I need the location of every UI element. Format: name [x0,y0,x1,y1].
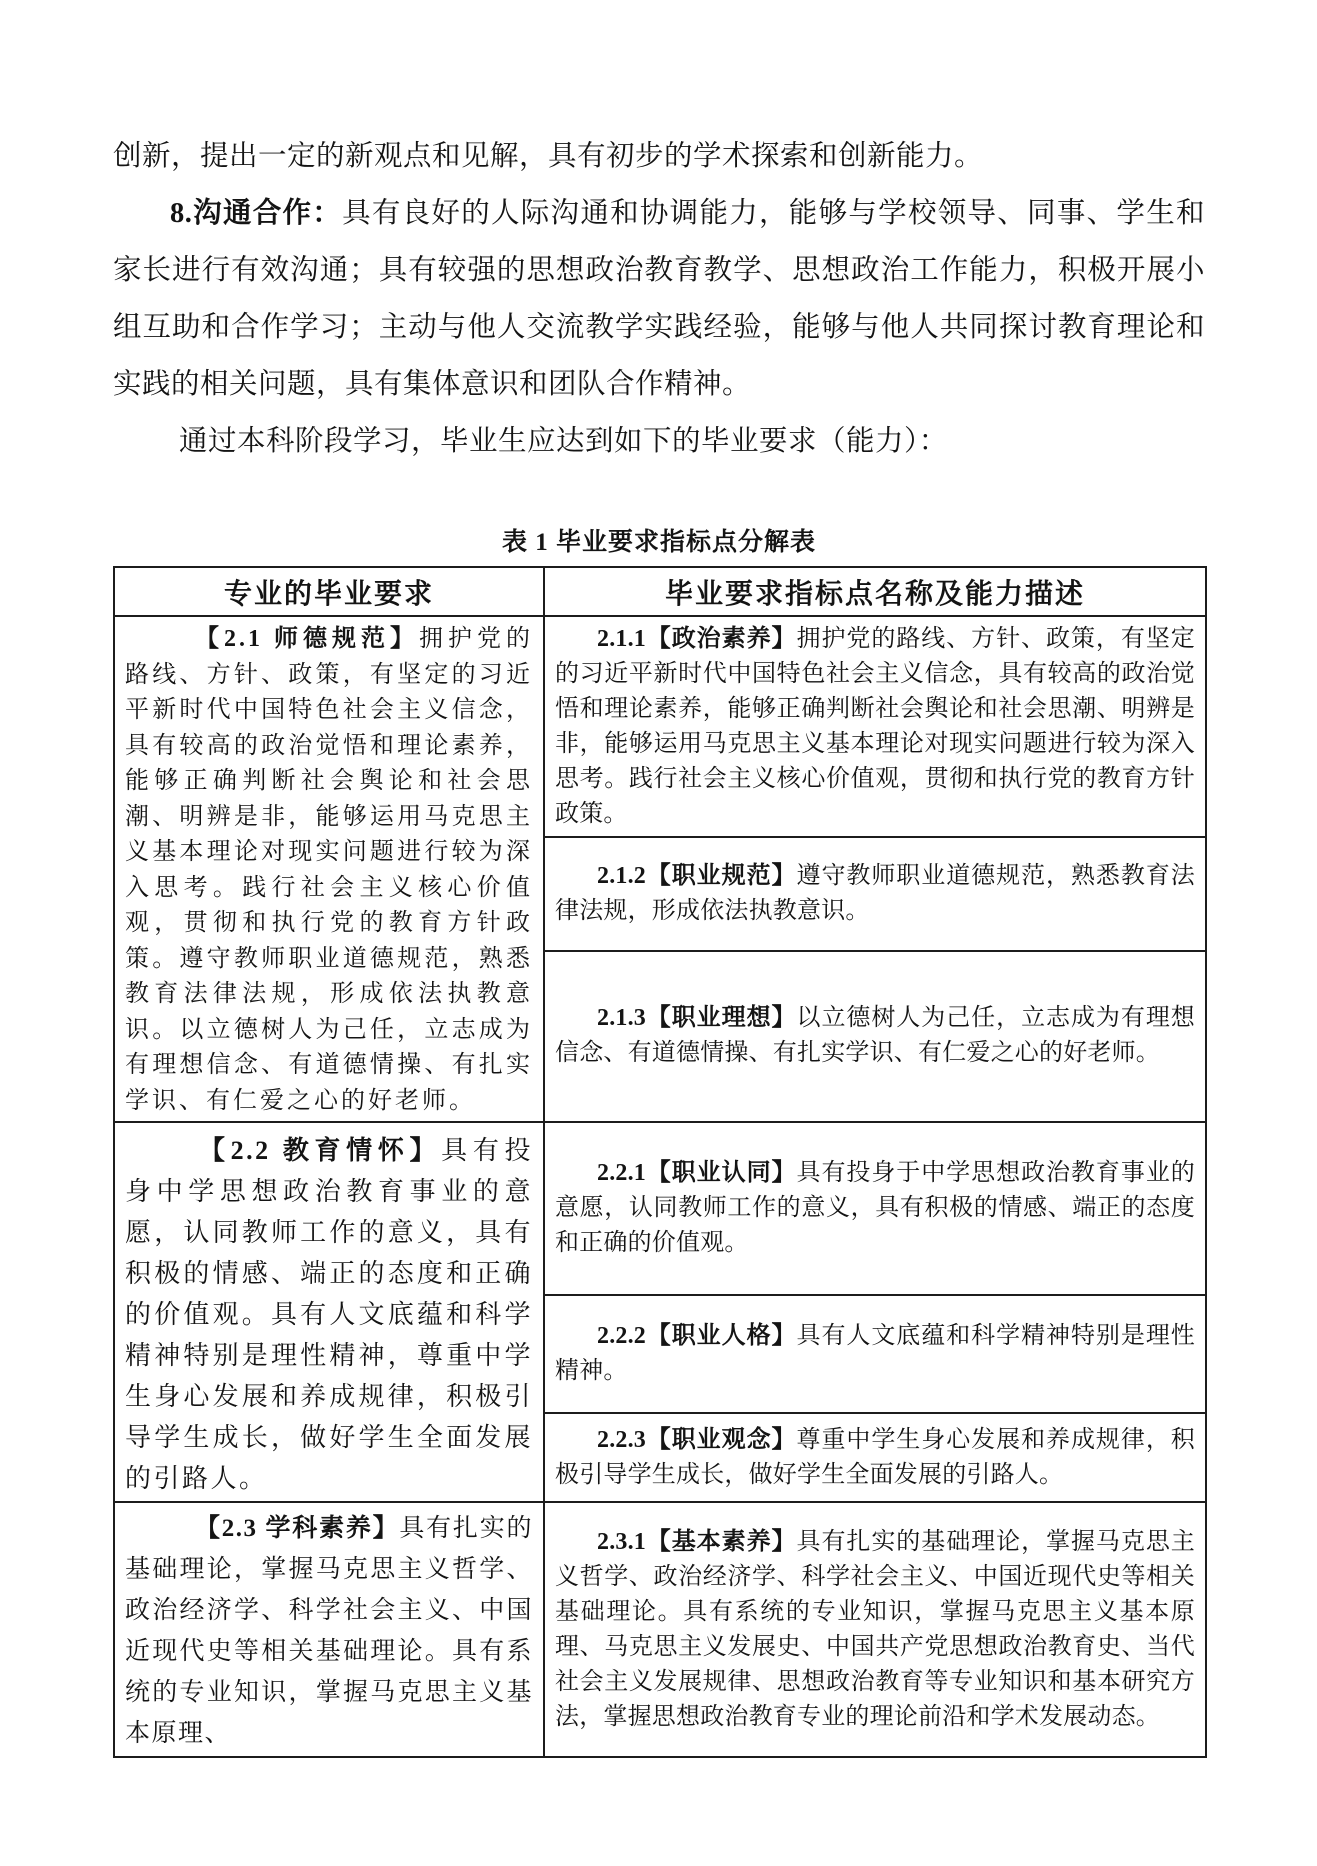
requirement-cell-2-3: 【2.3 学科素养】具有扎实的基础理论，掌握马克思主义哲学、政治经济学、科学社会… [114,1502,544,1757]
paragraph-continuation: 创新，提出一定的新观点和见解，具有初步的学术探索和创新能力。 [113,128,1205,185]
paragraph-intro: 通过本科阶段学习，毕业生应达到如下的毕业要求（能力）： [113,413,1205,470]
indicator-text-2-1-1: 拥护党的路线、方针、政策，有坚定的习近平新时代中国特色社会主义信念，具有较高的政… [555,626,1195,827]
requirement-label-2-2: 【2.2 教育情怀】 [199,1136,441,1165]
indicator-label-2-2-2: 2.2.2【职业人格】 [597,1323,796,1349]
requirement-label-2-1: 【2.1 师德规范】 [195,626,419,652]
page-content: 创新，提出一定的新观点和见解，具有初步的学术探索和创新能力。 8.沟通合作：具有… [113,128,1205,1758]
table-row: 【2.2 教育情怀】具有投身中学思想政治教育事业的意愿，认同教师工作的意义，具有… [114,1122,1206,1295]
table-row: 【2.1 师德规范】拥护党的路线、方针、政策，有坚定的习近平新时代中国特色社会主… [114,616,1206,837]
indicator-cell-2-1-3: 2.1.3【职业理想】以立德树人为己任，立志成为有理想信念、有道德情操、有扎实学… [544,951,1206,1122]
paragraph-communication-label: 8.沟通合作： [170,198,342,229]
column-header-indicators: 毕业要求指标点名称及能力描述 [544,567,1206,616]
indicator-label-2-1-1: 2.1.1【政治素养】 [597,626,796,652]
graduation-requirements-table: 专业的毕业要求 毕业要求指标点名称及能力描述 【2.1 师德规范】拥护党的路线、… [113,566,1207,1758]
table-title: 表 1 毕业要求指标点分解表 [113,526,1205,560]
indicator-label-2-1-3: 2.1.3【职业理想】 [597,1005,796,1031]
indicator-cell-2-2-2: 2.2.2【职业人格】具有人文底蕴和科学精神特别是理性精神。 [544,1295,1206,1413]
document-page: 创新，提出一定的新观点和见解，具有初步的学术探索和创新能力。 8.沟通合作：具有… [0,0,1317,1866]
indicator-cell-2-2-1: 2.2.1【职业认同】具有投身于中学思想政治教育事业的意愿，认同教师工作的意义，… [544,1122,1206,1295]
requirement-cell-2-2: 【2.2 教育情怀】具有投身中学思想政治教育事业的意愿，认同教师工作的意义，具有… [114,1122,544,1502]
indicator-text-2-3-1: 具有扎实的基础理论，掌握马克思主义哲学、政治经济学、科学社会主义、中国近现代史等… [555,1529,1195,1730]
indicator-label-2-2-1: 2.2.1【职业认同】 [597,1160,796,1186]
table-header-row: 专业的毕业要求 毕业要求指标点名称及能力描述 [114,567,1206,616]
indicator-label-2-2-3: 2.2.3【职业观念】 [597,1427,796,1453]
indicator-cell-2-3-1: 2.3.1【基本素养】具有扎实的基础理论，掌握马克思主义哲学、政治经济学、科学社… [544,1502,1206,1757]
requirement-text-2-2: 具有投身中学思想政治教育事业的意愿，认同教师工作的意义，具有积极的情感、端正的态… [125,1136,533,1493]
paragraph-continuation-text: 创新，提出一定的新观点和见解，具有初步的学术探索和创新能力。 [113,141,983,172]
indicator-cell-2-1-1: 2.1.1【政治素养】拥护党的路线、方针、政策，有坚定的习近平新时代中国特色社会… [544,616,1206,837]
requirement-label-2-3: 【2.3 学科素养】 [195,1515,399,1542]
column-header-requirements: 专业的毕业要求 [114,567,544,616]
indicator-cell-2-1-2: 2.1.2【职业规范】遵守教师职业道德规范，熟悉教育法律法规，形成依法执教意识。 [544,837,1206,951]
indicator-cell-2-2-3: 2.2.3【职业观念】尊重中学生身心发展和养成规律，积极引导学生成长，做好学生全… [544,1413,1206,1502]
requirement-text-2-1: 拥护党的路线、方针、政策，有坚定的习近平新时代中国特色社会主义信念，具有较高的政… [125,626,533,1114]
indicator-label-2-3-1: 2.3.1【基本素养】 [597,1529,796,1555]
indicator-label-2-1-2: 2.1.2【职业规范】 [597,863,796,889]
paragraph-communication: 8.沟通合作：具有良好的人际沟通和协调能力，能够与学校领导、同事、学生和家长进行… [113,185,1205,413]
requirement-text-2-3: 具有扎实的基础理论，掌握马克思主义哲学、政治经济学、科学社会主义、中国近现代史等… [125,1515,533,1747]
requirement-cell-2-1: 【2.1 师德规范】拥护党的路线、方针、政策，有坚定的习近平新时代中国特色社会主… [114,616,544,1122]
table-row: 【2.3 学科素养】具有扎实的基础理论，掌握马克思主义哲学、政治经济学、科学社会… [114,1502,1206,1757]
